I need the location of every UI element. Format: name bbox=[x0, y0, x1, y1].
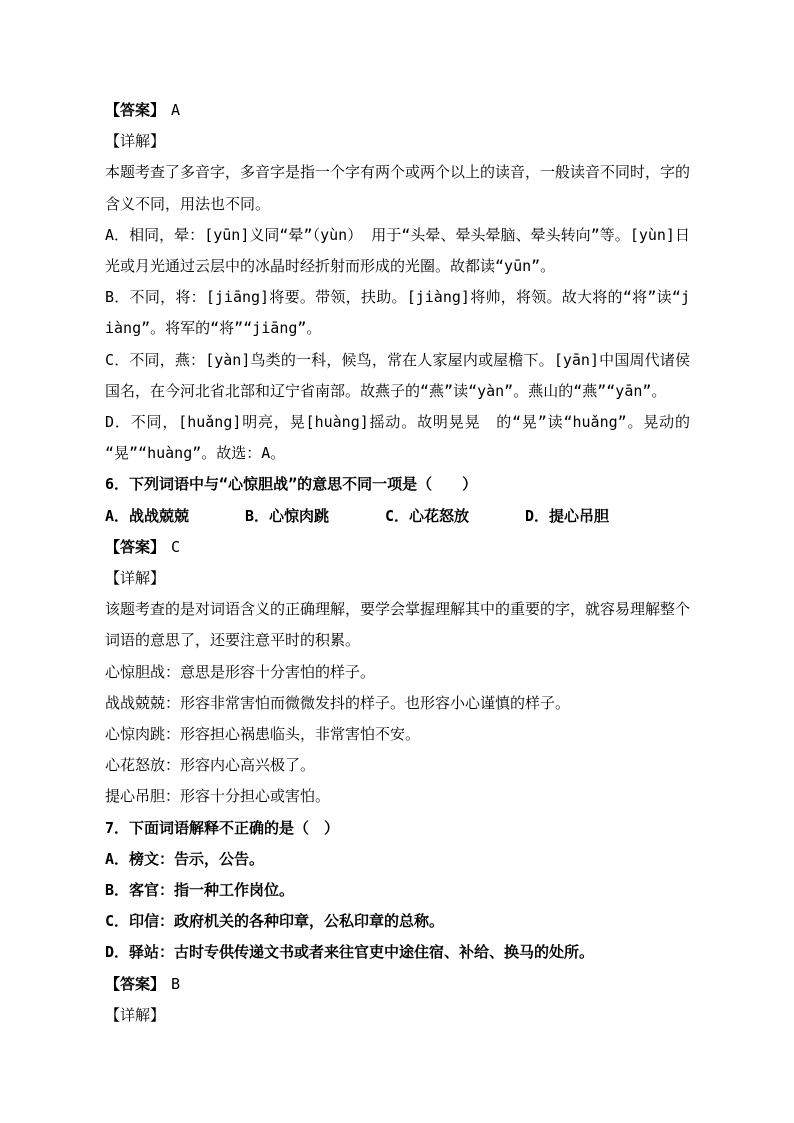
q6-option-a: A．战战兢兢 bbox=[105, 501, 245, 532]
q7-question: 7．下面词语解释不正确的是（ ） bbox=[105, 813, 690, 844]
q6-explanation-xinhuanufang: 心花怒放：形容内心高兴极了。 bbox=[105, 750, 690, 781]
q6-option-d: D．提心吊胆 bbox=[525, 501, 609, 532]
q7-option-b: B．客官：指一种工作岗位。 bbox=[105, 875, 690, 906]
q7-answer-line: 【答案】B bbox=[105, 969, 690, 1000]
q5-analysis-option-d: D．不同，[huǎng]明亮，晃[huàng]摇动。故明晃晃 的“晃”读“huǎ… bbox=[105, 407, 690, 469]
q5-answer-value: A bbox=[171, 101, 180, 119]
answer-label: 【答案】 bbox=[105, 975, 165, 993]
q6-detail-label: 【详解】 bbox=[105, 563, 690, 594]
q5-analysis-option-a: A．相同，晕：[yūn]义同“晕”（yùn） 用于“头晕、晕头晕脑、晕头转向”等… bbox=[105, 220, 690, 282]
q6-explanation-tixindiaodan: 提心吊胆：形容十分担心或害怕。 bbox=[105, 781, 690, 812]
q5-explanation-intro: 本题考查了多音字，多音字是指一个字有两个或两个以上的读音，一般读音不同时，字的含… bbox=[105, 157, 690, 219]
q7-detail-label: 【详解】 bbox=[105, 1000, 690, 1031]
q6-question: 6．下列词语中与“心惊胆战”的意思不同一项是（ ） bbox=[105, 469, 690, 500]
q7-option-a: A．榜文：告示，公告。 bbox=[105, 844, 690, 875]
document-page: 【答案】A 【详解】 本题考查了多音字，多音字是指一个字有两个或两个以上的读音，… bbox=[0, 0, 794, 1123]
q7-answer-value: B bbox=[171, 975, 180, 993]
q6-explanation-xinjingdanzhan: 心惊胆战：意思是形容十分害怕的样子。 bbox=[105, 657, 690, 688]
q6-explanation-intro: 该题考查的是对词语含义的正确理解，要学会掌握理解其中的重要的字，就容易理解整个词… bbox=[105, 594, 690, 656]
q5-detail-label: 【详解】 bbox=[105, 126, 690, 157]
q6-explanation-zhanzhanjingjing: 战战兢兢：形容非常害怕而微微发抖的样子。也形容小心谨慎的样子。 bbox=[105, 688, 690, 719]
q6-option-b: B．心惊肉跳 bbox=[245, 501, 385, 532]
q5-analysis-option-c: C．不同，燕：[yàn]鸟类的一科，候鸟，常在人家屋内或屋檐下。[yān]中国周… bbox=[105, 345, 690, 407]
answer-label: 【答案】 bbox=[105, 538, 165, 556]
q5-analysis-option-b: B．不同，将：[jiāng]将要。带领，扶助。[jiàng]将帅，将领。故大将的… bbox=[105, 282, 690, 344]
q6-explanation-xinjingroutiao: 心惊肉跳：形容担心祸患临头，非常害怕不安。 bbox=[105, 719, 690, 750]
q6-options-row: A．战战兢兢B．心惊肉跳C．心花怒放D．提心吊胆 bbox=[105, 501, 690, 532]
q6-answer-value: C bbox=[171, 538, 180, 556]
q6-option-c: C．心花怒放 bbox=[385, 501, 525, 532]
q7-option-c: C．印信：政府机关的各种印章，公私印章的总称。 bbox=[105, 906, 690, 937]
q7-option-d: D．驿站：古时专供传递文书或者来往官吏中途住宿、补给、换马的处所。 bbox=[105, 937, 690, 968]
answer-label: 【答案】 bbox=[105, 101, 165, 119]
q5-answer-line: 【答案】A bbox=[105, 95, 690, 126]
q6-answer-line: 【答案】C bbox=[105, 532, 690, 563]
